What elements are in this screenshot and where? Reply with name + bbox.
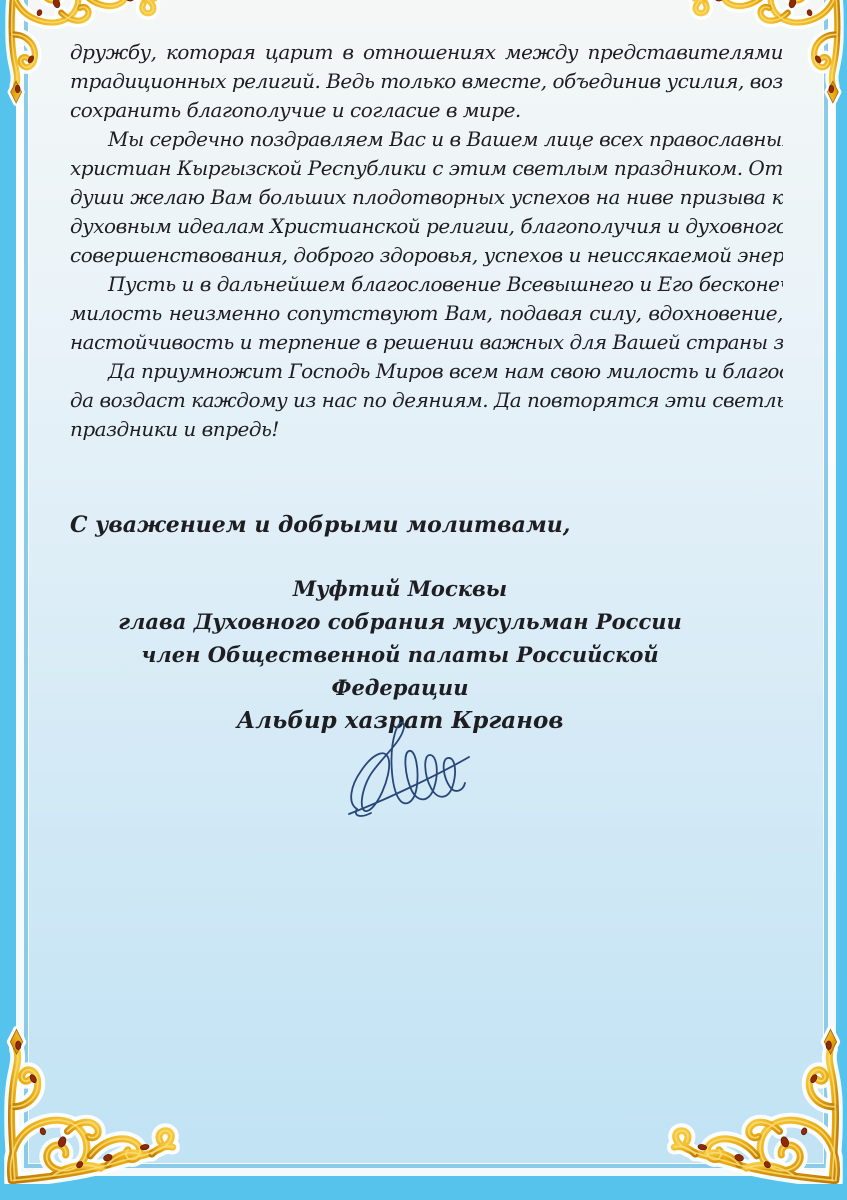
letter-page: дружбу, которая царит в отношениях между… <box>0 0 847 1200</box>
letter-line: Мы сердечно поздравляем Вас и в Вашем ли… <box>70 125 783 154</box>
letter-line: души желаю Вам больших плодотворных успе… <box>70 183 783 212</box>
signatory-role-2: член Общественной палаты Российской Феде… <box>70 638 730 704</box>
frame-band-right <box>836 0 847 1200</box>
letter-line: Да приумножит Господь Миров всем нам сво… <box>70 357 783 386</box>
letter-body: дружбу, которая царит в отношениях между… <box>70 38 783 444</box>
frame-band-left <box>0 0 16 1200</box>
letter-line: праздники и впредь! <box>70 415 783 444</box>
corner-ornament-bottom-right-icon <box>665 1026 845 1184</box>
frame-band-bottom <box>0 1176 847 1200</box>
letter-line: настойчивость и терпение в решении важны… <box>70 328 783 357</box>
letter-line: милость неизменно сопутствуют Вам, подав… <box>70 299 783 328</box>
handwritten-signature <box>343 712 473 824</box>
letter-line: да воздаст каждому из нас по деяниям. Да… <box>70 386 783 415</box>
letter-line: традиционных религий. Ведь только вместе… <box>70 67 783 96</box>
letter-line: Пусть и в дальнейшем благословение Всевы… <box>70 270 783 299</box>
letter-line: совершенствования, доброго здоровья, усп… <box>70 241 783 270</box>
letter-closing: С уважением и добрыми молитвами, <box>70 512 670 538</box>
letter-line: сохранить благополучие и согласие в мире… <box>70 96 783 125</box>
letter-line: духовным идеалам Христианской религии, б… <box>70 212 783 241</box>
corner-ornament-bottom-left-icon <box>2 1026 182 1184</box>
signatory-role-1: глава Духовного собрания мусульман Росси… <box>70 605 730 638</box>
signatory-title: Муфтий Москвы <box>70 572 730 605</box>
letter-line: христиан Кыргызской Республики с этим св… <box>70 154 783 183</box>
letter-line: дружбу, которая царит в отношениях между… <box>70 38 783 67</box>
